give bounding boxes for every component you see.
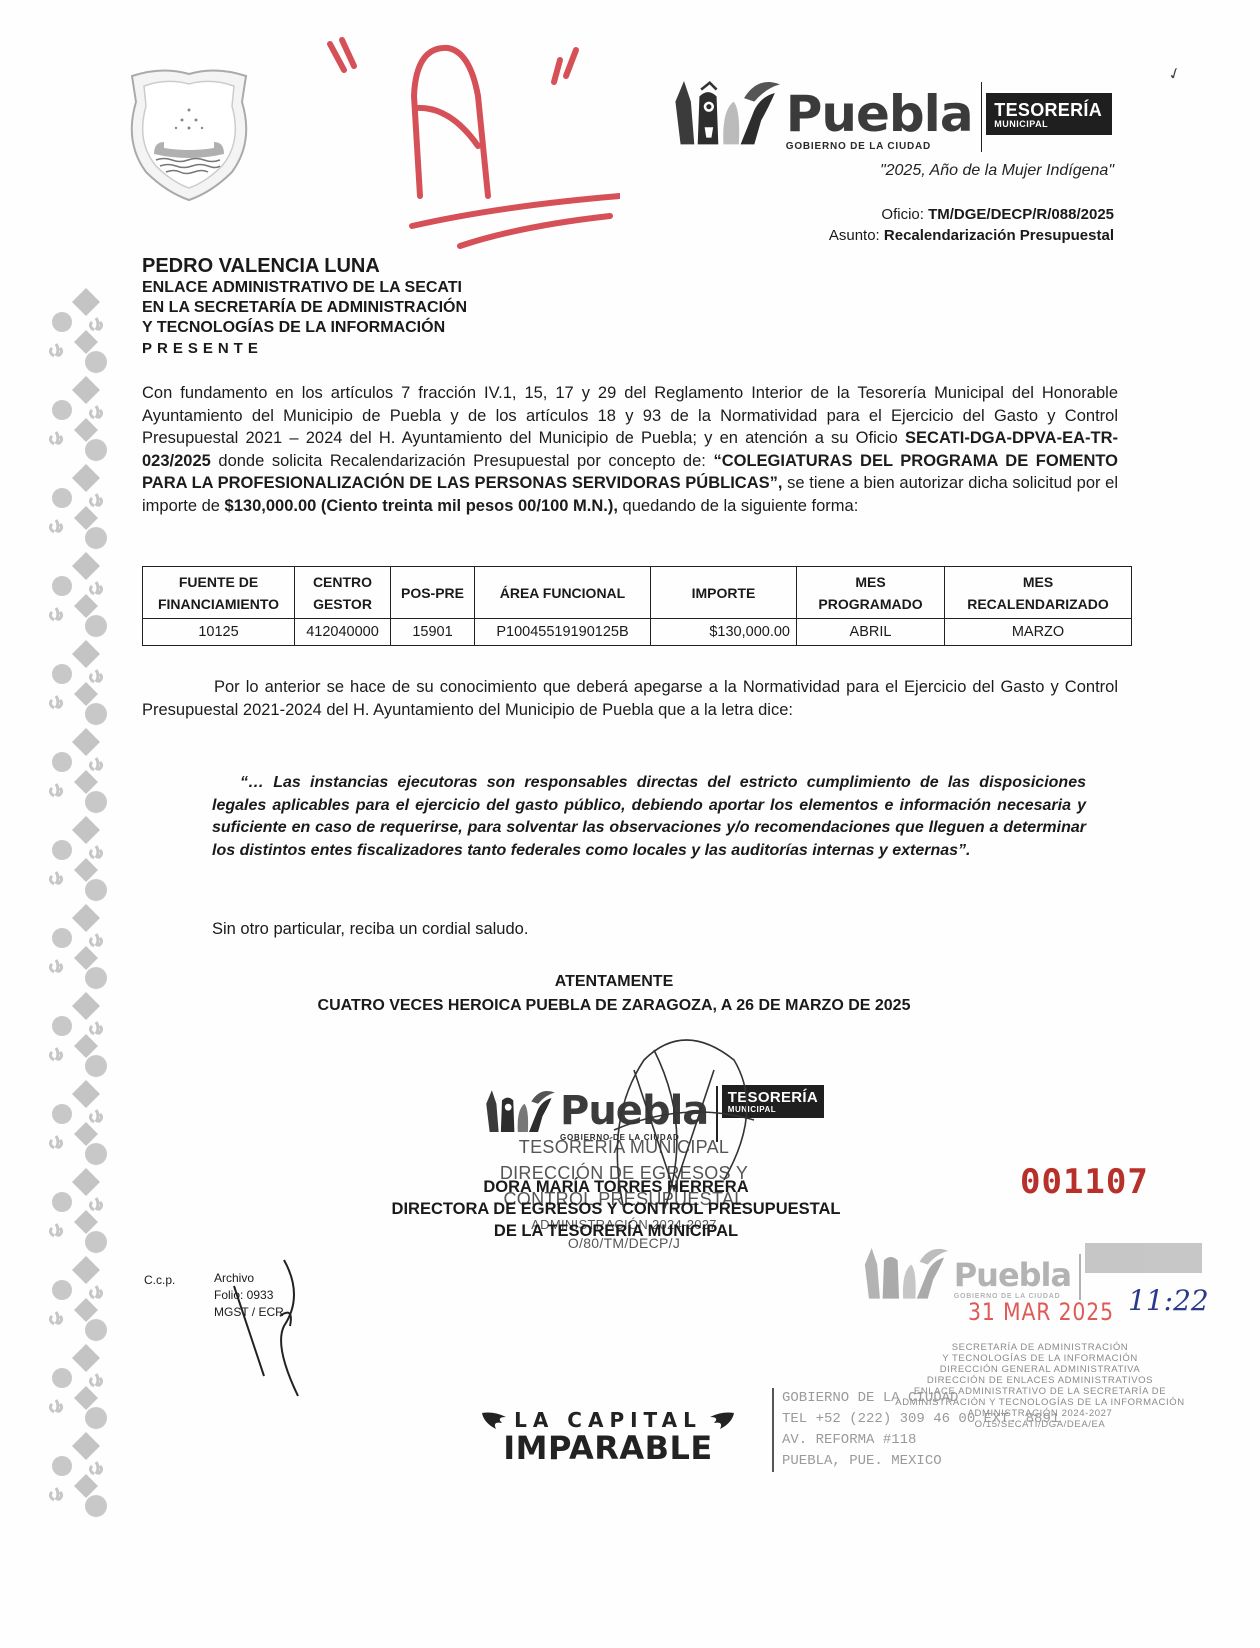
footer-contact: GOBIERNO DE LA CIUDAD TEL +52 (222) 309 …	[772, 1388, 1059, 1472]
brand-bottom-text: IMPARABLE	[468, 1432, 748, 1464]
col-header-centro-gestor: CENTROGESTOR	[295, 567, 391, 619]
oficio-label: Oficio:	[881, 206, 924, 223]
col-header-mes-recalendarizado: MESRECALENDARIZADO	[945, 567, 1132, 619]
ccp-label: C.c.p.	[144, 1272, 175, 1289]
decorative-border	[38, 288, 116, 1528]
puebla-city-icons-icon	[484, 1078, 556, 1142]
col-header-importe: IMPORTE	[651, 567, 797, 619]
asunto-value: Recalendarización Presupuestal	[884, 227, 1114, 244]
received-time-handwritten: 11:22	[1128, 1284, 1209, 1317]
logo-divider	[1079, 1254, 1081, 1300]
tesoreria-logo: Puebla GOBIERNO DE LA CIUDAD TESORERÍA M…	[672, 62, 1112, 152]
logo-subtitle: GOBIERNO DE LA CIUDAD	[786, 141, 931, 152]
oficio-number: TM/DGE/DECP/R/088/2025	[928, 206, 1114, 223]
received-date-stamp: 31 MAR 2025	[968, 1298, 1114, 1326]
recipient-title-line: Y TECNOLOGÍAS DE LA INFORMACIÓN	[142, 318, 702, 338]
place-date-line: CUATRO VECES HEROICA PUEBLA DE ZARAGOZA,…	[0, 994, 1244, 1018]
wing-left-icon	[480, 1409, 508, 1431]
closing-line: Sin otro particular, reciba un cordial s…	[212, 920, 528, 939]
contact-address: AV. REFORMA #118	[782, 1430, 1059, 1451]
cell-mes-recalendarizado: MARZO	[945, 619, 1132, 646]
contact-line: GOBIERNO DE LA CIUDAD	[782, 1388, 1059, 1409]
text-run: donde solicita Recalendarización Presupu…	[211, 452, 714, 470]
normativity-quote: “… Las instancias ejecutoras son respons…	[212, 772, 1086, 862]
logo-divider	[981, 82, 983, 152]
presente-label: PRESENTE	[142, 338, 702, 360]
crayon-a-icon	[320, 36, 620, 266]
recipient-title-line: ENLACE ADMINISTRATIVO DE LA SECATI	[142, 278, 702, 298]
atentamente-label: ATENTAMENTE	[0, 970, 1244, 994]
reception-stamp-logo: Puebla GOBIERNO DE LA CIUDAD	[862, 1210, 1202, 1272]
stamp-bar	[1085, 1243, 1202, 1273]
recipient-name: PEDRO VALENCIA LUNA	[142, 254, 702, 278]
recipient-title-line: EN LA SECRETARÍA DE ADMINISTRACIÓN	[142, 298, 702, 318]
seal-line: Y TECNOLOGÍAS DE LA INFORMACIÓN	[880, 1353, 1200, 1364]
seal-line: DIRECCIÓN DE ENLACES ADMINISTRATIVOS	[880, 1375, 1200, 1386]
logo-wordmark: Puebla	[786, 89, 973, 139]
shield-icon	[122, 62, 256, 202]
authorized-amount: $130,000.00 (Ciento treinta mil pesos 00…	[225, 497, 618, 515]
signature-icon	[594, 1030, 764, 1220]
col-header-pos-pre: POS-PRE	[391, 567, 475, 619]
initials-signature-icon	[214, 1256, 324, 1406]
tesoreria-badge: TESORERÍA MUNICIPAL	[986, 93, 1112, 135]
table-header-row: FUENTE DEFINANCIAMIENTO CENTROGESTOR POS…	[143, 567, 1132, 619]
dept-title: TESORERÍA	[994, 101, 1102, 119]
col-header-mes-programado: MESPROGRAMADO	[797, 567, 945, 619]
seal-line: DIRECCIÓN GENERAL ADMINISTRATIVA	[880, 1364, 1200, 1375]
puebla-city-icons-icon	[862, 1244, 950, 1300]
table-row: 10125 412040000 15901 P10045519190125B $…	[143, 619, 1132, 646]
cell-importe: $130,000.00	[651, 619, 797, 646]
dept-subtitle: MUNICIPAL	[994, 119, 1102, 129]
puebla-city-icons-icon	[672, 70, 782, 152]
cell-area-funcional: P10045519190125B	[475, 619, 651, 646]
handwritten-red-mark	[320, 36, 620, 266]
cell-centro-gestor: 412040000	[295, 619, 391, 646]
cell-pos-pre: 15901	[391, 619, 475, 646]
year-slogan: "2025, Año de la Mujer Indígena"	[880, 162, 1114, 180]
reception-folio-number: 001107	[1020, 1162, 1149, 1202]
budget-table: FUENTE DEFINANCIAMIENTO CENTROGESTOR POS…	[142, 566, 1132, 646]
handwritten-check-icon: ✓	[1165, 62, 1184, 85]
contact-phone: TEL +52 (222) 309 46 00 EXT. 8891	[782, 1409, 1059, 1430]
contact-city: PUEBLA, PUE. MEXICO	[782, 1451, 1059, 1472]
ornament-pattern-icon	[38, 288, 116, 1528]
asunto-line: Asunto: Recalendarización Presupuestal	[829, 225, 1114, 246]
seal-line: SECRETARÍA DE ADMINISTRACIÓN	[880, 1342, 1200, 1353]
recipient-block: PEDRO VALENCIA LUNA ENLACE ADMINISTRATIV…	[142, 254, 702, 360]
wing-right-icon	[708, 1409, 736, 1431]
col-header-fuente: FUENTE DEFINANCIAMIENTO	[143, 567, 295, 619]
logo-wordmark: Puebla	[954, 1259, 1071, 1291]
document-page: Puebla GOBIERNO DE LA CIUDAD TESORERÍA M…	[0, 0, 1260, 1648]
body-paragraph-authorization: Con fundamento en los artículos 7 fracci…	[142, 382, 1118, 517]
footer-brand: LA CAPITAL IMPARABLE	[468, 1408, 748, 1464]
reference-block: Oficio: TM/DGE/DECP/R/088/2025 Asunto: R…	[829, 204, 1114, 246]
body-paragraph-normativity: Por lo anterior se hace de su conocimien…	[142, 676, 1118, 721]
asunto-label: Asunto:	[829, 227, 880, 244]
coat-of-arms-shield	[122, 62, 256, 202]
text-run: quedando de la siguiente forma:	[618, 497, 858, 515]
cell-fuente: 10125	[143, 619, 295, 646]
col-header-area-funcional: ÁREA FUNCIONAL	[475, 567, 651, 619]
oficio-line: Oficio: TM/DGE/DECP/R/088/2025	[829, 204, 1114, 225]
cell-mes-programado: ABRIL	[797, 619, 945, 646]
